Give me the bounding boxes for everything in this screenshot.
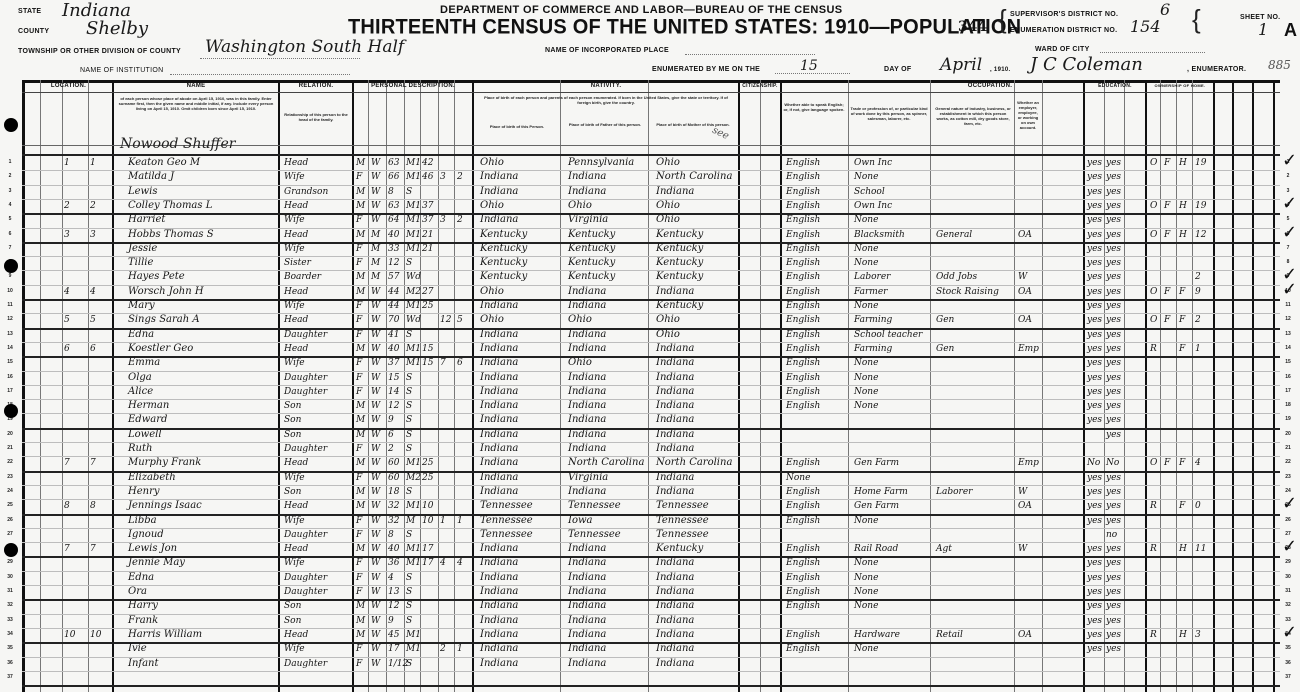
cell-father: Indiana [568,543,606,555]
cell-father: Indiana [568,386,606,398]
row-number: 18 [1280,402,1296,408]
cell-race: W [371,314,380,326]
row-number: 11 [2,302,18,308]
row-number: 21 [1280,445,1296,451]
col-trade-desc: Trade or profession of, or particular ki… [850,106,928,121]
cell-family: 4 [90,286,96,298]
cell-read: yes [1087,500,1102,512]
cell-language: English [786,286,820,298]
cell-race: W [371,186,380,198]
cell-dwelling: 7 [64,457,70,469]
cell-language: English [786,343,820,355]
cell-race: M [371,271,380,283]
cell-birth: Tennessee [480,529,533,541]
cell-employer: OA [1018,286,1032,298]
cell-relation: Boarder [284,271,321,283]
cell-write: yes [1106,243,1121,255]
cell-marital: S [406,400,412,412]
department-heading: DEPARTMENT OF COMMERCE AND LABOR—BUREAU … [440,4,843,16]
cell-birth: Ohio [480,286,504,298]
cell-marital: M1 [406,457,421,469]
cell-relation: Head [284,286,308,298]
cell-read: yes [1087,600,1102,612]
cell-schedule: 3 [1195,629,1201,641]
cell-language: English [786,457,820,469]
cell-age: 60 [388,472,399,484]
cell-relation: Wife [284,357,305,369]
cell-children-born: 2 [440,643,446,655]
cell-relation: Head [284,343,308,355]
col-relation-desc: Relationship of this person to the head … [282,112,350,122]
cell-trade: Farming [854,343,892,355]
cell-language: English [786,543,820,555]
col-personal: Personal Description. [354,83,472,89]
cell-children-living: 5 [457,314,463,326]
row-number: 34 [2,631,18,637]
row-number: 23 [2,474,18,480]
cell-mother: North Carolina [656,457,732,469]
cell-age: 12 [388,600,399,612]
cell-father: Indiana [568,572,606,584]
cell-schedule: 2 [1195,314,1201,326]
cell-write: yes [1106,414,1121,426]
cell-industry: Laborer [936,486,972,498]
cell-race: W [371,329,380,341]
cell-birth: Indiana [480,643,518,655]
cell-race: W [371,414,380,426]
county-label: County [18,28,49,35]
cell-years-married: 25 [422,457,433,469]
cell-age: 66 [388,171,399,183]
cell-father: Indiana [568,443,606,455]
cell-age: 4 [388,572,394,584]
cell-language: English [786,486,820,498]
cell-age: 40 [388,229,399,241]
cell-birth: Indiana [480,658,518,670]
cell-name: Murphy Frank [128,457,201,469]
cell-family: 10 [90,629,101,641]
cell-birth: Indiana [480,429,518,441]
cell-birth: Ohio [480,200,504,212]
cell-home: O [1150,314,1157,326]
cell-sex: F [356,243,362,255]
cell-relation: Wife [284,472,305,484]
cell-sex: M [356,186,365,198]
enumerated-label: Enumerated by me on the [652,66,760,73]
cell-race: W [371,357,380,369]
cell-mother: Indiana [656,443,694,455]
cell-marital: S [406,414,412,426]
cell-write: yes [1106,214,1121,226]
cell-marital: S [406,443,412,455]
cell-write: yes [1106,400,1121,412]
cell-years-married: 10 [422,515,433,527]
cell-write: yes [1106,515,1121,527]
cell-relation: Son [284,414,301,426]
name-top-note: Nowood Shuffer [120,136,235,152]
cell-farm: F [1179,286,1185,298]
cell-name: Edward [128,414,167,426]
cell-name: Colley Thomas L [128,200,212,212]
township-label: Township or other division of county [18,48,181,55]
col-nativity-desc: Place of birth of each person and parent… [478,95,734,105]
col-language-desc: Whether able to speak English; or, if no… [782,102,846,112]
row-number: 29 [1280,559,1296,565]
cell-read: yes [1087,343,1102,355]
cell-farm: F [1179,457,1185,469]
cell-write: yes [1106,615,1121,627]
cell-read: yes [1087,557,1102,569]
cell-children-living: 2 [457,214,463,226]
cell-schedule: 19 [1195,157,1206,169]
cell-marital: M1 [406,214,421,226]
cell-trade: None [854,515,878,527]
cell-race: W [371,200,380,212]
cell-age: 63 [388,200,399,212]
cell-birth: Indiana [480,414,518,426]
census-page: State Indiana County Shelby Township or … [0,0,1300,692]
cell-language: English [786,171,820,183]
cell-name: Sings Sarah A [128,314,200,326]
row-number: 15 [1280,359,1296,365]
cell-birth: Indiana [480,357,518,369]
cell-home: R [1150,343,1157,355]
cell-trade: Rail Road [854,543,898,555]
cell-trade: None [854,257,878,269]
cell-age: 12 [388,257,399,269]
cell-marital: S [406,572,412,584]
cell-marital: M1 [406,643,421,655]
row-number: 14 [1280,345,1296,351]
cell-marital: M1 [406,629,421,641]
cell-race: W [371,429,380,441]
cell-write: yes [1106,300,1121,312]
cell-years-married: 17 [422,543,433,555]
cell-father: Tennessee [568,529,621,541]
cell-write: yes [1106,643,1121,655]
row-number: 13 [1280,331,1296,337]
row-number: 12 [2,316,18,322]
cell-sex: M [356,271,365,283]
cell-age: 8 [388,529,394,541]
cell-sex: F [356,257,362,269]
cell-sex: M [356,457,365,469]
cell-trade: Gen Farm [854,457,899,469]
cell-read: yes [1087,543,1102,555]
cell-years-married: 46 [422,171,433,183]
cell-read: No [1087,457,1100,469]
check-mark-icon: ✓ [1282,536,1297,557]
cell-dwelling: 5 [64,314,70,326]
cell-trade: School teacher [854,329,922,341]
row-number: 32 [2,602,18,608]
row-number: 6 [2,231,18,237]
cell-father: Tennessee [568,500,621,512]
cell-trade: None [854,300,878,312]
cell-name: Henry [128,486,160,498]
cell-employer: OA [1018,500,1032,512]
cell-trade: None [854,171,878,183]
cell-relation: Daughter [284,572,327,584]
cell-dwelling: 1 [64,157,70,169]
cell-name: Edna [128,572,154,584]
punch-hole [4,543,18,557]
cell-father: Ohio [568,314,592,326]
cell-trade: Home Farm [854,486,908,498]
header-rule [22,154,1280,156]
cell-birth: Ohio [480,157,504,169]
cell-write: yes [1106,271,1121,283]
cell-marital: M2 [406,286,421,298]
row-number: 23 [1280,474,1296,480]
cell-language: English [786,586,820,598]
cell-farm: F [1179,314,1185,326]
institution-label: Name of institution [80,67,163,74]
brace-right: { [1192,4,1201,35]
cell-mother: Kentucky [656,229,703,241]
row-number: 36 [1280,660,1296,666]
cell-sex: F [356,357,362,369]
cell-name: Frank [128,615,158,627]
cell-language: English [786,386,820,398]
row-number: 2 [2,173,18,179]
cell-race: W [371,615,380,627]
cell-sex: F [356,515,362,527]
cell-father: Indiana [568,486,606,498]
row-number: 22 [2,459,18,465]
row-number: 5 [2,216,18,222]
cell-race: M [371,257,380,269]
cell-marital: M1 [406,543,421,555]
cell-name: Worsch John H [128,286,204,298]
cell-birth: Indiana [480,486,518,498]
cell-marital: Wd [406,314,421,326]
state-label: State [18,8,41,15]
cell-father: Indiana [568,400,606,412]
county-value: Shelby [86,18,148,39]
cell-trade: Farmer [854,286,887,298]
cell-sex: F [356,529,362,541]
cell-read: yes [1087,314,1102,326]
cell-age: 64 [388,214,399,226]
cell-mother: Indiana [656,643,694,655]
cell-race: W [371,600,380,612]
cell-father: Virginia [568,472,608,484]
cell-mother: Indiana [656,372,694,384]
cell-industry: Odd Jobs [936,271,977,283]
cell-children-living: 4 [457,557,463,569]
cell-name: Emma [128,357,160,369]
check-mark-icon: ✓ [1282,193,1297,214]
cell-father: Indiana [568,372,606,384]
cell-family: 3 [90,229,96,241]
cell-read: yes [1087,629,1102,641]
cell-years-married: 25 [422,300,433,312]
cell-race: W [371,557,380,569]
cell-write: yes [1106,543,1121,555]
col-location: Location. [25,83,112,89]
cell-read: yes [1087,286,1102,298]
row-number: 7 [2,245,18,251]
cell-father: Indiana [568,643,606,655]
cell-race: W [371,658,380,670]
cell-farm: F [1179,343,1185,355]
cell-write: yes [1106,171,1121,183]
row-number: 3 [2,188,18,194]
cell-name: Jessie [128,243,157,255]
cell-birth: Indiana [480,443,518,455]
cell-race: W [371,529,380,541]
row-number: 35 [1280,645,1296,651]
cell-write: yes [1106,472,1121,484]
cell-years-married: 21 [422,229,433,241]
cell-write: No [1106,457,1119,469]
cell-sex: F [356,586,362,598]
cell-language: English [786,357,820,369]
cell-relation: Son [284,600,301,612]
cell-birth: Indiana [480,557,518,569]
cell-family: 8 [90,500,96,512]
cell-mother: Indiana [656,572,694,584]
cell-race: W [371,400,380,412]
cell-mother: Kentucky [656,543,703,555]
cell-family: 7 [90,543,96,555]
cell-mother: Tennessee [656,529,709,541]
cell-birth: Indiana [480,457,518,469]
cell-age: 9 [388,615,394,627]
cell-sex: F [356,314,362,326]
cell-name: Lewis Jon [128,543,177,555]
row-number: 7 [1280,245,1296,251]
cell-race: W [371,300,380,312]
cell-trade: Farming [854,314,892,326]
cell-birth: Kentucky [480,229,527,241]
cell-sex: M [356,414,365,426]
cell-age: 12 [388,400,399,412]
cell-mother: Indiana [656,343,694,355]
incorporated-label: Name of incorporated place [545,47,669,54]
cell-relation: Head [284,229,308,241]
incorporated-line [685,54,815,55]
cell-birth: Kentucky [480,271,527,283]
check-mark-icon: ✓ [1282,279,1297,300]
cell-trade: Gen Farm [854,500,899,512]
cell-father: Kentucky [568,257,615,269]
day-of-label: day of [884,66,911,73]
cell-sex: F [356,643,362,655]
cell-schedule: 12 [1195,229,1206,241]
cell-read: yes [1087,186,1102,198]
township-value: Washington South Half [205,37,404,57]
cell-children-born: 12 [440,314,451,326]
cell-father: Indiana [568,286,606,298]
cell-mother: Indiana [656,286,694,298]
cell-marital: M2 [406,472,421,484]
row-rule [22,528,1280,529]
cell-relation: Son [284,486,301,498]
cell-name: Ruth [128,443,152,455]
cell-employer: OA [1018,314,1032,326]
cell-employer: W [1018,543,1027,555]
cell-children-born: 1 [440,515,446,527]
col-birth-father: Place of birth of Father of this person. [564,122,646,127]
cell-age: 6 [388,429,394,441]
cell-language: English [786,200,820,212]
ward-line [1100,52,1205,53]
row-number: 19 [1280,416,1296,422]
cell-home: R [1150,629,1157,641]
cell-race: W [371,457,380,469]
cell-trade: None [854,386,878,398]
cell-language: English [786,400,820,412]
cell-age: 63 [388,157,399,169]
cell-relation: Wife [284,300,305,312]
cell-language: English [786,600,820,612]
cell-name: Jennings Isaac [128,500,202,512]
cell-relation: Sister [284,257,311,269]
cell-farm: F [1179,500,1185,512]
cell-marital: S [406,186,412,198]
cell-children-born: 3 [440,171,446,183]
cell-trade: Blacksmith [854,229,905,241]
cell-years-married: 17 [422,557,433,569]
cell-father: Ohio [568,200,592,212]
cell-read: yes [1087,271,1102,283]
cell-birth: Kentucky [480,257,527,269]
cell-trade: None [854,643,878,655]
cell-write: yes [1106,486,1121,498]
cell-relation: Head [284,457,308,469]
cell-sex: M [356,200,365,212]
cell-employer: W [1018,271,1027,283]
cell-sex: M [356,629,365,641]
cell-relation: Wife [284,214,305,226]
cell-name: Harris William [128,629,202,641]
cell-dwelling: 7 [64,543,70,555]
cell-home: O [1150,286,1157,298]
cell-mother: Indiana [656,429,694,441]
cell-birth: Indiana [480,572,518,584]
cell-mother: Indiana [656,414,694,426]
cell-marital: M1 [406,557,421,569]
cell-birth: Indiana [480,615,518,627]
cell-sex: F [356,472,362,484]
cell-race: W [371,386,380,398]
cell-father: Indiana [568,429,606,441]
cell-write: yes [1106,629,1121,641]
cell-sex: M [356,157,365,169]
cell-mother: Ohio [656,314,680,326]
cell-birth: Indiana [480,386,518,398]
cell-marital: Wd [406,271,421,283]
cell-relation: Daughter [284,329,327,341]
col-name: Name [114,83,278,89]
brace-left: { [998,4,1007,35]
cell-children-living: 1 [457,643,463,655]
cell-years-married: 25 [422,472,433,484]
supervisor-value: 6 [1160,0,1170,19]
cell-language: None [786,472,810,484]
cell-industry: Gen [936,314,954,326]
cell-race: W [371,515,380,527]
row-rule [22,657,1280,658]
cell-home: O [1150,157,1157,169]
cell-schedule: 2 [1195,271,1201,283]
cell-free: F [1164,286,1170,298]
cell-name: Alice [128,386,153,398]
cell-relation: Head [284,629,308,641]
header-rule [22,92,1280,93]
